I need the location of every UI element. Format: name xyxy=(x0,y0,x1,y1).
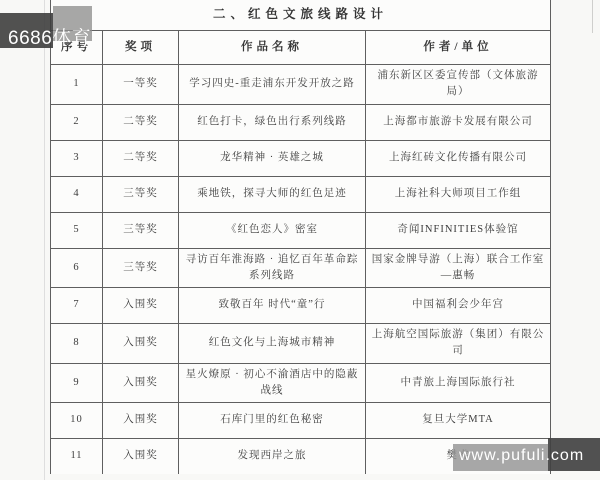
watermark-top-left-text: 6686体育 xyxy=(8,23,91,50)
table-title-row: 二、红色文旅线路设计 xyxy=(51,0,551,31)
cell-work-name: 星火燎原 · 初心不渝酒店中的隐蔽战线 xyxy=(179,363,366,403)
table-title: 二、红色文旅线路设计 xyxy=(51,0,551,31)
cell-work-name: 学习四史-重走浦东开发开放之路 xyxy=(179,65,366,105)
cell-author-unit: 中国福利会少年宫 xyxy=(366,288,551,324)
cell-number: 8 xyxy=(51,324,103,364)
cell-author-unit: 上海都市旅游卡发展有限公司 xyxy=(366,104,551,140)
table-row: 3 二等奖 龙华精神 · 英雄之城 上海红砖文化传播有限公司 xyxy=(51,140,551,176)
cell-award: 入围奖 xyxy=(103,324,179,364)
col-header-author-unit: 作者/单位 xyxy=(366,31,551,65)
cell-number: 11 xyxy=(51,439,103,475)
cell-number: 7 xyxy=(51,288,103,324)
cell-number: 2 xyxy=(51,104,103,140)
table-row: 6 三等奖 寻访百年淮海路 · 追忆百年革命踪系列线路 国家金牌导游（上海）联合… xyxy=(51,248,551,288)
cell-number: 10 xyxy=(51,403,103,439)
table-row: 10 入围奖 石库门里的红色秘密 复旦大学MTA xyxy=(51,403,551,439)
cell-author-unit: 复旦大学MTA xyxy=(366,403,551,439)
table-row: 1 一等奖 学习四史-重走浦东开发开放之路 浦东新区区委宣传部（文体旅游局） xyxy=(51,65,551,105)
cell-author-unit: 奇闻INFINITIES体验馆 xyxy=(366,212,551,248)
cell-number: 3 xyxy=(51,140,103,176)
col-header-award: 奖项 xyxy=(103,31,179,65)
cell-author-unit: 浦东新区区委宣传部（文体旅游局） xyxy=(366,65,551,105)
cell-number: 9 xyxy=(51,363,103,403)
cell-award: 二等奖 xyxy=(103,140,179,176)
cell-award: 一等奖 xyxy=(103,65,179,105)
awards-table: 二、红色文旅线路设计 序号 奖项 作品名称 作者/单位 1 一等奖 学习四史-重… xyxy=(50,0,551,474)
cell-author-unit: 上海航空国际旅游（集团）有限公司 xyxy=(366,324,551,364)
cell-award: 入围奖 xyxy=(103,288,179,324)
col-header-work-name: 作品名称 xyxy=(179,31,366,65)
page-edge-line-top-right xyxy=(592,0,593,33)
cell-work-name: 《红色恋人》密室 xyxy=(179,212,366,248)
cell-author-unit: 上海红砖文化传播有限公司 xyxy=(366,140,551,176)
cell-award: 入围奖 xyxy=(103,403,179,439)
cell-award: 入围奖 xyxy=(103,363,179,403)
cell-author-unit: 中青旅上海国际旅行社 xyxy=(366,363,551,403)
cell-work-name: 红色打卡，绿色出行系列线路 xyxy=(179,104,366,140)
table-row: 5 三等奖 《红色恋人》密室 奇闻INFINITIES体验馆 xyxy=(51,212,551,248)
table-row: 8 入围奖 红色文化与上海城市精神 上海航空国际旅游（集团）有限公司 xyxy=(51,324,551,364)
cell-work-name: 乘地铁，探寻大师的红色足迹 xyxy=(179,176,366,212)
cell-number: 4 xyxy=(51,176,103,212)
cell-award: 二等奖 xyxy=(103,104,179,140)
cell-work-name: 石库门里的红色秘密 xyxy=(179,403,366,439)
cell-work-name: 龙华精神 · 英雄之城 xyxy=(179,140,366,176)
scanned-document-page: 二、红色文旅线路设计 序号 奖项 作品名称 作者/单位 1 一等奖 学习四史-重… xyxy=(0,0,600,480)
table-row: 9 入围奖 星火燎原 · 初心不渝酒店中的隐蔽战线 中青旅上海国际旅行社 xyxy=(51,363,551,403)
cell-award: 入围奖 xyxy=(103,439,179,475)
cell-award: 三等奖 xyxy=(103,212,179,248)
table-header-row: 序号 奖项 作品名称 作者/单位 xyxy=(51,31,551,65)
cell-number: 6 xyxy=(51,248,103,288)
cell-author-unit: 上海社科大师项目工作组 xyxy=(366,176,551,212)
cell-work-name: 发现西岸之旅 xyxy=(179,439,366,475)
cell-number: 1 xyxy=(51,65,103,105)
cell-award: 三等奖 xyxy=(103,176,179,212)
cell-work-name: 寻访百年淮海路 · 追忆百年革命踪系列线路 xyxy=(179,248,366,288)
cell-author-unit: 国家金牌导游（上海）联合工作室—惠畅 xyxy=(366,248,551,288)
table-row: 4 三等奖 乘地铁，探寻大师的红色足迹 上海社科大师项目工作组 xyxy=(51,176,551,212)
table-row: 2 二等奖 红色打卡，绿色出行系列线路 上海都市旅游卡发展有限公司 xyxy=(51,104,551,140)
cell-award: 三等奖 xyxy=(103,248,179,288)
watermark-bottom-right-text: www.pufuli.com xyxy=(459,447,584,465)
cell-number: 5 xyxy=(51,212,103,248)
cell-work-name: 红色文化与上海城市精神 xyxy=(179,324,366,364)
page-edge-line xyxy=(44,0,45,480)
table-row: 7 入围奖 致敬百年 时代“童”行 中国福利会少年宫 xyxy=(51,288,551,324)
cell-work-name: 致敬百年 时代“童”行 xyxy=(179,288,366,324)
